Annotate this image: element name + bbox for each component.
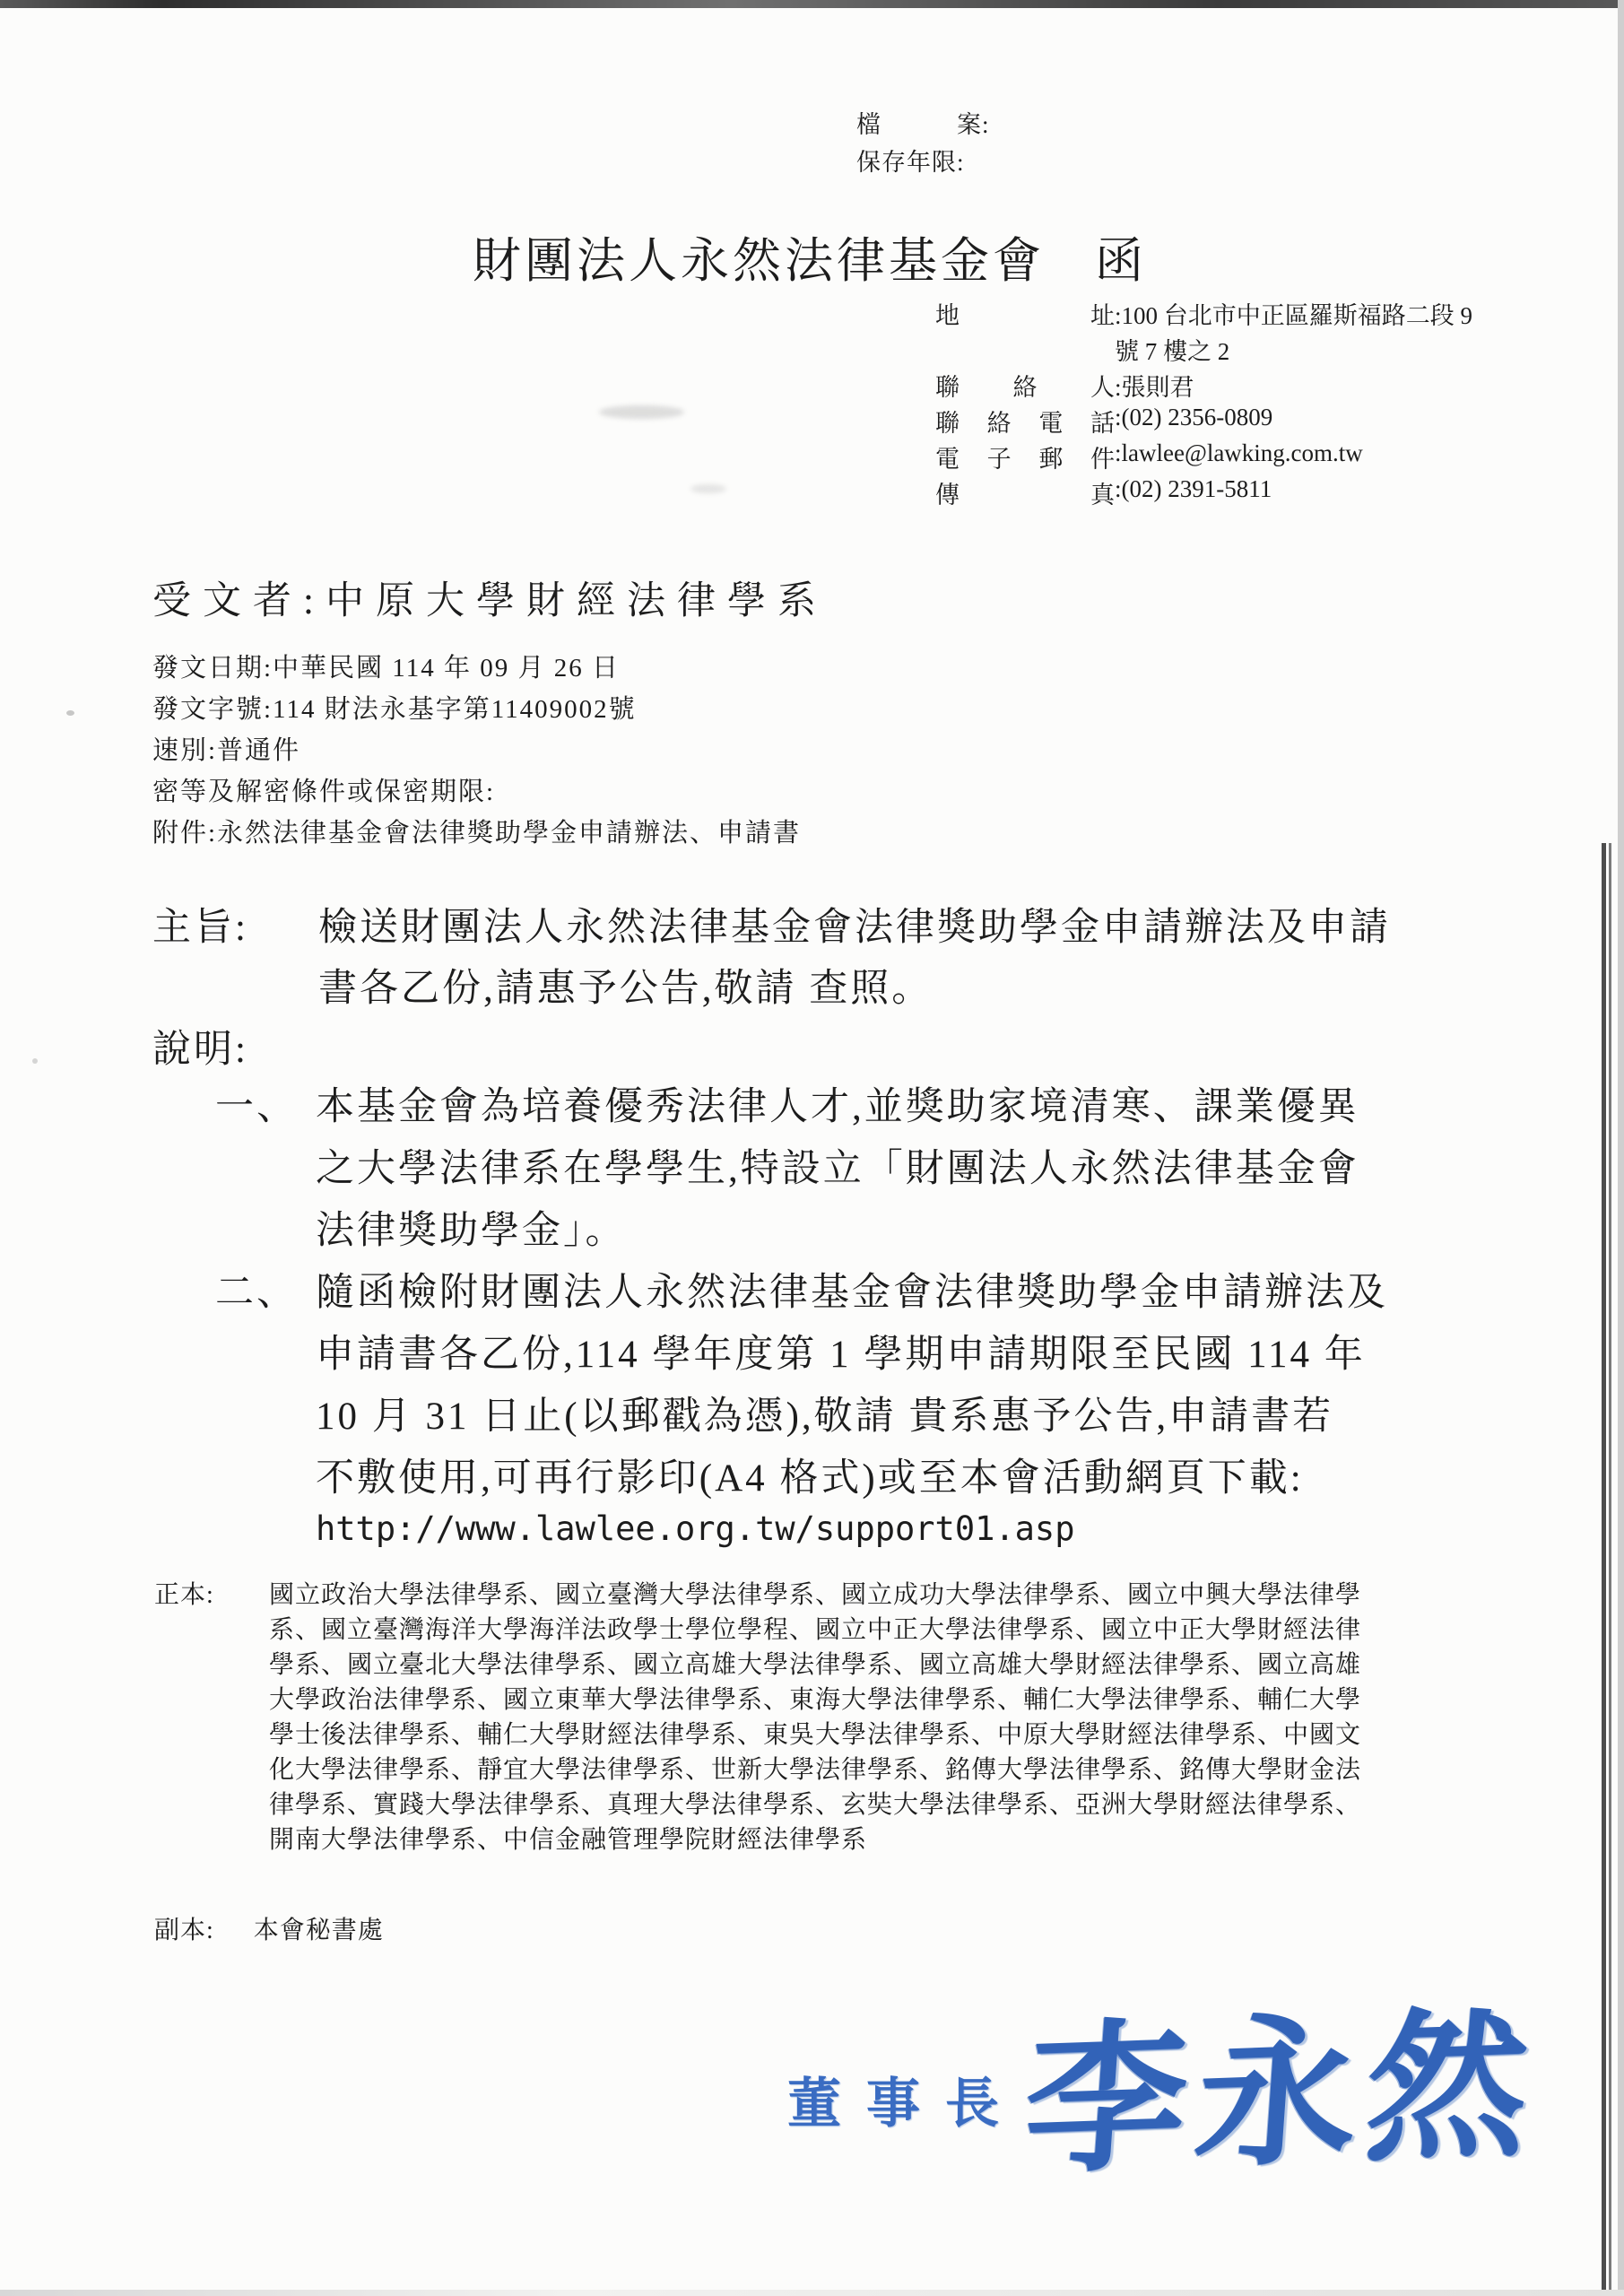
item-line: 不敷使用,可再行影印(A4 格式)或至本會活動網頁下載: bbox=[316, 1448, 1388, 1509]
fax-label: 傳真 bbox=[935, 475, 1115, 510]
scan-artifact-top-edge bbox=[0, 0, 1624, 8]
item-lines: 本基金會為培養優秀法律人才,並獎助家境清寒、課業優異之大學法律系在學學生,特設立… bbox=[316, 1076, 1359, 1262]
title-gap bbox=[1045, 222, 1095, 291]
subject-block: 主旨: 檢送財團法人永然法律基金會法律獎助學金申請辦法及申請書各乙份,請惠予公告… bbox=[152, 897, 1391, 1019]
explanation-label: 說明: bbox=[152, 1019, 248, 1074]
cc-value: 本會秘書處 bbox=[254, 1917, 384, 1944]
address-value-2: 號 7 樓之 2 bbox=[1115, 338, 1229, 365]
scan-artifact-right-edge bbox=[1618, 0, 1624, 2296]
original-copies-line: 律學系、實踐大學法律學系、真理大學法律學系、玄奘大學法律學系、亞洲大學財經法律學… bbox=[269, 1785, 1361, 1820]
meta-line: 附件:永然法律基金會法律獎助學金申請辦法、申請書 bbox=[152, 813, 801, 854]
original-copies-line: 國立政治大學法律學系、國立臺灣大學法律學系、國立成功大學法律學系、國立中興大學法… bbox=[269, 1575, 1361, 1610]
contact-person-label: 聯絡人 bbox=[935, 368, 1115, 403]
item-line: 隨函檢附財團法人永然法律基金會法律獎助學金申請辦法及 bbox=[316, 1262, 1388, 1324]
address-label: 地址 bbox=[935, 296, 1115, 331]
explanation-item-1: 一、 本基金會為培養優秀法律人才,並獎助家境清寒、課業優異之大學法律系在學學生,… bbox=[215, 1076, 1359, 1262]
contact-block: 地址:100 台北市中正區羅斯福路二段 9 號 7 樓之 2 聯絡人:張則君 聯… bbox=[935, 296, 1472, 511]
retention-label: 保存年限: bbox=[856, 143, 990, 181]
recipient-value: 中原大學財經法律學系 bbox=[326, 580, 828, 622]
item-number: 一、 bbox=[215, 1076, 298, 1131]
original-copies-line: 開南大學法律學系、中信金融管理學院財經法律學系 bbox=[269, 1820, 1361, 1855]
original-copies-label: 正本: bbox=[154, 1575, 214, 1611]
item-line: 申請書各乙份,114 學年度第 1 學期申請期限至民國 114 年 bbox=[316, 1324, 1388, 1386]
chairman-signature: 李永然 bbox=[1019, 1955, 1546, 2205]
title-doc-type: 函 bbox=[1095, 222, 1147, 291]
scan-artifact-bottom-edge bbox=[0, 2290, 1624, 2296]
subject-line: 書各乙份,請惠予公告,敬請 查照。 bbox=[318, 958, 1391, 1019]
scan-smudge bbox=[599, 405, 684, 419]
original-copies-lines: 國立政治大學法律學系、國立臺灣大學法律學系、國立成功大學法律學系、國立中興大學法… bbox=[269, 1575, 1361, 1855]
recipient-line: 受文者:中原大學財經法律學系 bbox=[152, 570, 828, 625]
original-copies-block: 正本: 國立政治大學法律學系、國立臺灣大學法律學系、國立成功大學法律學系、國立中… bbox=[154, 1575, 1361, 1855]
original-copies-line: 系、國立臺灣海洋大學海洋法政學士學位學程、國立中正大學法律學系、國立中正大學財經… bbox=[269, 1610, 1361, 1645]
address-value: :100 台北市中正區羅斯福路二段 9 bbox=[1115, 302, 1472, 329]
explanation-item-2: 二、 隨函檢附財團法人永然法律基金會法律獎助學金申請辦法及申請書各乙份,114 … bbox=[215, 1262, 1388, 1571]
address-row: 地址:100 台北市中正區羅斯福路二段 9 bbox=[935, 296, 1472, 332]
title-org: 財團法人永然法律基金會 bbox=[473, 222, 1045, 291]
chairman-title: 董事長 bbox=[787, 2061, 1024, 2138]
email-row: 電子郵件:lawlee@lawking.com.tw bbox=[935, 439, 1472, 475]
file-retention-block: 檔 案: 保存年限: bbox=[856, 106, 990, 181]
contact-person-value: :張則君 bbox=[1115, 374, 1194, 401]
item-line: 本基金會為培養優秀法律人才,並獎助家境清寒、課業優異 bbox=[316, 1076, 1359, 1138]
item-line: 法律獎助學金」。 bbox=[316, 1200, 1359, 1262]
original-copies-line: 化大學法律學系、靜宜大學法律學系、世新大學法律學系、銘傳大學法律學系、銘傳大學財… bbox=[269, 1750, 1361, 1785]
cc-label: 副本: bbox=[154, 1917, 214, 1944]
phone-label: 聯絡電話 bbox=[935, 404, 1115, 439]
scan-artifact-right-line bbox=[1602, 843, 1606, 2296]
item-number: 二、 bbox=[215, 1262, 298, 1317]
file-label: 檔 案: bbox=[856, 106, 990, 143]
meta-block: 發文日期:中華民國 114 年 09 月 26 日發文字號:114 財法永基字第… bbox=[152, 648, 801, 854]
original-copies-line: 學系、國立臺北大學法律學系、國立高雄大學法律學系、國立高雄大學財經法律學系、國立… bbox=[269, 1645, 1361, 1680]
address-row-2: 號 7 樓之 2 bbox=[935, 332, 1472, 368]
scan-speck bbox=[66, 710, 74, 716]
scan-speck bbox=[32, 1058, 38, 1064]
meta-line: 發文字號:114 財法永基字第11409002號 bbox=[152, 689, 801, 730]
meta-line: 密等及解密條件或保密期限: bbox=[152, 771, 801, 813]
item-lines: 隨函檢附財團法人永然法律基金會法律獎助學金申請辦法及申請書各乙份,114 學年度… bbox=[316, 1262, 1388, 1509]
subject-lines: 檢送財團法人永然法律基金會法律獎助學金申請辦法及申請書各乙份,請惠予公告,敬請 … bbox=[318, 897, 1391, 1019]
phone-value: :(02) 2356-0809 bbox=[1115, 404, 1272, 430]
cc-block: 副本:本會秘書處 bbox=[154, 1910, 384, 1946]
original-copies-line: 大學政治法律學系、國立東華大學法律學系、東海大學法律學系、輔仁大學法律學系、輔仁… bbox=[269, 1680, 1361, 1715]
fax-row: 傳真:(02) 2391-5811 bbox=[935, 475, 1472, 511]
item-line: 之大學法律系在學學生,特設立「財團法人永然法律基金會 bbox=[316, 1138, 1359, 1200]
meta-line: 發文日期:中華民國 114 年 09 月 26 日 bbox=[152, 648, 801, 689]
recipient-label: 受文者: bbox=[152, 580, 326, 622]
contact-person-row: 聯絡人:張則君 bbox=[935, 368, 1472, 404]
document-title: 財團法人永然法律基金會 函 bbox=[473, 222, 1147, 291]
email-label: 電子郵件 bbox=[935, 439, 1115, 474]
meta-line: 速別:普通件 bbox=[152, 730, 801, 771]
subject-label: 主旨: bbox=[152, 897, 248, 952]
item-line: 10 月 31 日止(以郵戳為憑),敬請 貴系惠予公告,申請書若 bbox=[316, 1386, 1388, 1448]
download-url: http://www.lawlee.org.tw/support01.asp bbox=[316, 1509, 1388, 1571]
subject-line: 檢送財團法人永然法律基金會法律獎助學金申請辦法及申請 bbox=[318, 897, 1391, 958]
scanned-letter-page: 檔 案: 保存年限: 財團法人永然法律基金會 函 地址:100 台北市中正區羅斯… bbox=[0, 0, 1624, 2296]
scan-artifact-right-line bbox=[1609, 843, 1611, 2296]
scan-smudge bbox=[690, 484, 726, 493]
phone-row: 聯絡電話:(02) 2356-0809 bbox=[935, 404, 1472, 439]
original-copies-line: 學士後法律學系、輔仁大學財經法律學系、東吳大學法律學系、中原大學財經法律學系、中… bbox=[269, 1715, 1361, 1750]
email-value: :lawlee@lawking.com.tw bbox=[1115, 439, 1363, 466]
fax-value: :(02) 2391-5811 bbox=[1115, 475, 1272, 502]
